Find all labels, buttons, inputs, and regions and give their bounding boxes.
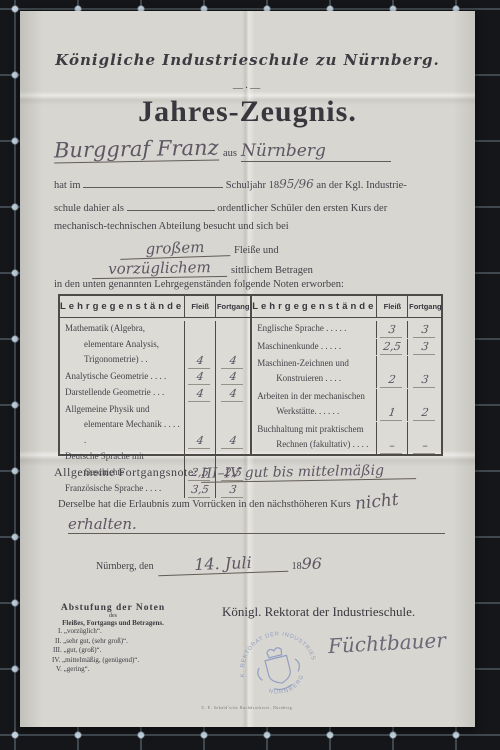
fleiss-grade: 3: [376, 321, 407, 338]
printer-imprint: U. E. Sebald’sche Buchdruckerei, Nürnber…: [20, 705, 475, 710]
scale-item: I. „vorzüglich“.: [48, 627, 178, 637]
scale-item: II. „sehr gut, (sehr groß)“.: [48, 637, 178, 647]
table-row: Buchhaltung mit praktischem Rechnen (fak…: [252, 422, 442, 454]
table-header: Lehrgegenstände Fleiß Fortgang: [60, 296, 250, 318]
subject-cell: Maschinenkunde . . . . .: [252, 339, 376, 356]
line-schule: schule dahier als ordentlicher Schüler d…: [54, 199, 447, 214]
date-year-handwritten: 96: [302, 554, 322, 573]
table-row: Arbeiten in der mechanischen Werkstätte.…: [252, 389, 442, 421]
rectorate-line: Königl. Rektorat der Industrieschule.: [222, 604, 415, 620]
date-century-printed: 18: [292, 561, 302, 572]
grades-table-left: Lehrgegenstände Fleiß Fortgang Mathemati…: [60, 296, 252, 454]
scale-item: IV. „mittelmäßig, (genügend)“.: [48, 656, 178, 666]
fleiss-grade: 4: [184, 321, 215, 369]
fleiss-grade: 4: [184, 385, 215, 402]
line2-pre: schule dahier als: [54, 203, 124, 214]
grades-table: Lehrgegenstände Fleiß Fortgang Mathemati…: [58, 294, 443, 456]
city-handwritten: Nürnberg: [241, 141, 391, 162]
blank-field: [83, 176, 223, 188]
student-name-handwritten: Burggraf Franz: [54, 136, 219, 164]
promotion-line-2: erhalten.: [68, 515, 445, 534]
ornament-divider: —·—: [20, 83, 475, 94]
progress-header: Fortgang: [407, 296, 442, 317]
progress-header: Fortgang: [215, 296, 250, 317]
table-row: Maschinen-Zeichnen und Konstruieren . . …: [252, 356, 442, 388]
subject-cell: Allgemeine Physik und elementare Mechani…: [60, 402, 184, 450]
subject-cell: Englische Sprache . . . . .: [252, 321, 376, 338]
scale-subtitle2: Fleißes, Fortgangs und Betragens.: [48, 619, 178, 627]
subject-cell: Buchhaltung mit praktischem Rechnen (fak…: [252, 422, 376, 454]
fleiss-grade: –: [376, 422, 407, 454]
fleiss-grade: 4: [184, 369, 215, 386]
grading-scale-legend: Abstufung der Noten des Fleißes, Fortgan…: [48, 603, 178, 675]
diligence-header: Fleiß: [376, 296, 407, 317]
svg-text:K. REKTORAT DER INDUSTRIESCHUL: K. REKTORAT DER INDUSTRIESCHULE: [222, 611, 316, 681]
conduct-handwritten: vorzüglichem: [92, 258, 227, 279]
date-city-printed: Nürnberg, den: [96, 561, 154, 572]
date-line: Nürnberg, den 14. Juli 1896: [96, 554, 322, 574]
report-card-paper: Königliche Industrieschule zu Nürnberg. …: [20, 11, 475, 727]
fortgang-grade: 4: [215, 402, 250, 450]
fortgang-grade: 2: [407, 389, 442, 421]
table-body-right: Englische Sprache . . . . . 3 3 Maschine…: [252, 318, 442, 454]
stamp-bottom-text: NÜRNBERG: [265, 672, 309, 699]
photo-of-report-card: { "photo": { "mat_color": "#141619", "gr…: [0, 0, 500, 750]
diligence-label: Fleiße und: [234, 245, 279, 256]
promotion-line: Derselbe hat die Erlaubnis zum Vorrücken…: [58, 492, 451, 512]
subject-header: Lehrgegenstände: [252, 301, 376, 312]
line-noten-erworben: in den unten genannten Lehrgegenständen …: [54, 279, 447, 290]
table-row: Allgemeine Physik und elementare Mechani…: [60, 402, 250, 450]
fortgang-grade: 3: [407, 356, 442, 388]
table-row: Maschinenkunde . . . . . 2,5 3: [252, 339, 442, 356]
fortgang-grade: 4: [215, 369, 250, 386]
line-abteilung: mechanisch-technischen Abteilung besucht…: [54, 221, 447, 232]
conduct-label: sittlichem Betragen: [231, 265, 313, 276]
overall-grade-label: Allgemeine Fortgangsnote:: [54, 465, 197, 479]
document-title: Jahres-Zeugnis.: [20, 95, 475, 129]
name-line: Burggraf Franz aus Nürnberg: [54, 137, 445, 162]
aus-label: aus: [223, 148, 237, 159]
schoolyear-handwritten: 95/96: [279, 177, 314, 191]
scale-item: V. „gering“.: [48, 665, 178, 675]
fortgang-grade: 3: [407, 321, 442, 338]
scale-title: Abstufung der Noten: [48, 603, 178, 613]
line1-post: an der Kgl. Industrie-: [316, 180, 406, 191]
fleiss-grade: 1: [376, 389, 407, 421]
promotion-printed: Derselbe hat die Erlaubnis zum Vorrücken…: [58, 499, 351, 510]
fortgang-grade: 3: [407, 339, 442, 356]
line2-post: ordentlicher Schüler den ersten Kurs der: [217, 203, 387, 214]
table-row: Englische Sprache . . . . . 3 3: [252, 321, 442, 338]
subject-cell: Darstellende Geometrie . . .: [60, 385, 184, 402]
subject-cell: Maschinen-Zeichnen und Konstruieren . . …: [252, 356, 376, 388]
subject-cell: Arbeiten in der mechanischen Werkstätte.…: [252, 389, 376, 421]
fortgang-grade: 4: [215, 385, 250, 402]
blank-field: [127, 199, 215, 211]
table-row: Analytische Geometrie . . . . 4 4: [60, 369, 250, 386]
table-header: Lehrgegenstände Fleiß Fortgang: [252, 296, 442, 318]
line1-mid: Schuljahr 18: [226, 180, 279, 191]
fortgang-grade: 4: [215, 321, 250, 369]
fleiss-grade: 2,5: [376, 339, 407, 356]
diligence-handwritten: großem: [120, 237, 231, 260]
overall-grade-line: Allgemeine Fortgangsnote: III–IV gut bis…: [54, 463, 447, 481]
line1-pre: hat im: [54, 180, 81, 191]
table-row: Darstellende Geometrie . . . 4 4: [60, 385, 250, 402]
date-day-month-handwritten: 14. Juli: [157, 552, 288, 577]
fleiss-grade: 2: [376, 356, 407, 388]
fortgang-grade: –: [407, 422, 442, 454]
subject-cell: Analytische Geometrie . . . .: [60, 369, 184, 386]
rector-signature-handwritten: Füchtbauer: [327, 628, 446, 658]
diligence-header: Fleiß: [184, 296, 215, 317]
school-name: Königliche Industrieschule zu Nürnberg.: [20, 51, 475, 69]
promotion-handwritten-nicht: nicht: [354, 490, 400, 514]
line-schuljahr: hat im Schuljahr 1895/96 an der Kgl. Ind…: [54, 176, 447, 191]
table-row: Mathematik (Algebra, elementare Analysis…: [60, 321, 250, 369]
subject-cell: Mathematik (Algebra, elementare Analysis…: [60, 321, 184, 369]
conduct-line: vorzüglichem sittlichem Betragen: [92, 259, 313, 278]
overall-grade-handwritten: III–IV gut bis mittelmäßig: [201, 462, 416, 483]
diligence-line: großem Fleiße und: [120, 239, 279, 258]
fleiss-grade: 4: [184, 402, 215, 450]
stamp-top-text: K. REKTORAT DER INDUSTRIESCHULE: [222, 611, 316, 681]
grades-table-right: Lehrgegenstände Fleiß Fortgang Englische…: [252, 296, 442, 454]
svg-text:NÜRNBERG: NÜRNBERG: [265, 672, 309, 699]
promotion-handwritten-erhalten: erhalten.: [68, 515, 137, 533]
subject-header: Lehrgegenstände: [60, 301, 184, 312]
scale-item: III. „gut, (groß)“.: [48, 646, 178, 656]
